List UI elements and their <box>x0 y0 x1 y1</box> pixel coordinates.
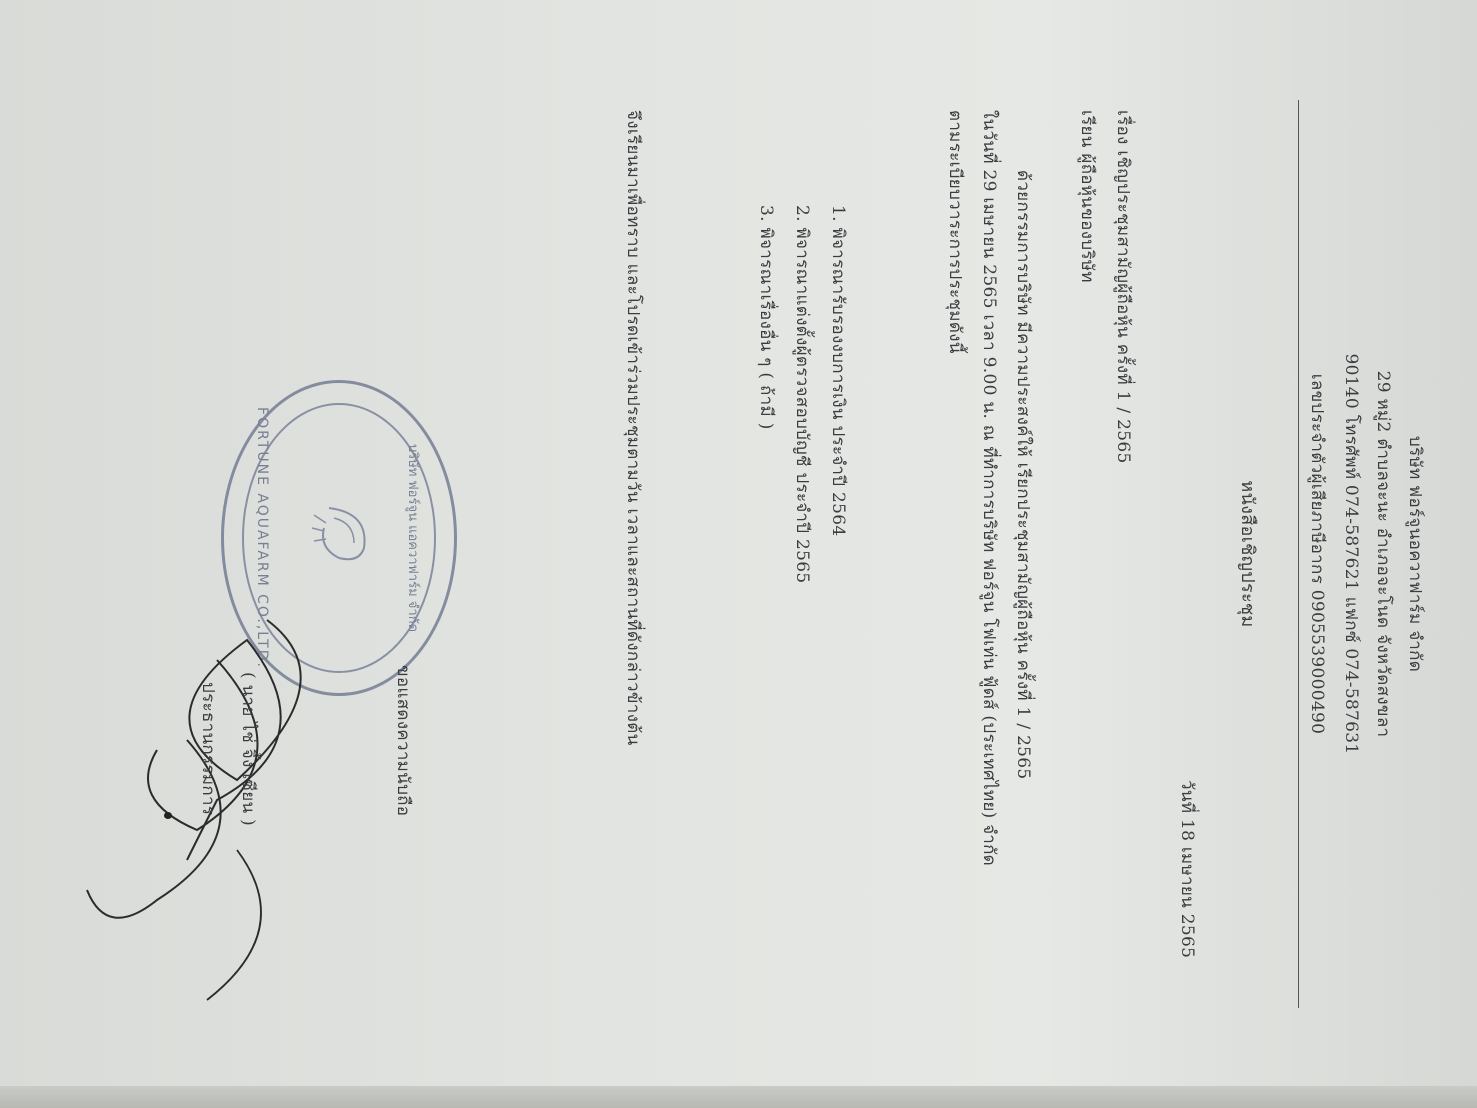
company-contact: 90140 โทรศัพท์ 074-587621 แฟกซ์ 074-5876… <box>1338 0 1365 1108</box>
company-address: 29 หมู่2 ตำบลจะนะ อำเภอจะโนด จังหวัดสงขล… <box>1370 0 1397 1108</box>
page-title: หนังสือเชิญประชุม <box>1234 0 1263 1108</box>
body-line-2: ในวันที่ 29 เมษายน 2565 เวลา 9.00 น. ณ ท… <box>976 110 1003 866</box>
paper-edge <box>0 1086 1477 1108</box>
signoff: ขอแสดงความนับถือ <box>390 665 417 816</box>
letter-page: บริษัท ฟอร์จูนอควาฟาร์ม จำกัด 29 หมู่2 ต… <box>0 0 1477 1108</box>
body-line-3: ตามระเบียบวาระการประชุมดังนี้ <box>942 110 969 354</box>
body-line-1: ด้วยกรรมการบริษัท มีความประสงค์ให้ เรียก… <box>1010 170 1037 780</box>
letter-subject: เรื่อง เชิญประชุมสามัญผู้ถือหุ้น ครั้งที… <box>1110 110 1137 464</box>
signer-name: ( นาย ไช่ จิ้ง เซียน ) <box>235 672 262 826</box>
letter-date: วันที่ 18 เมษายน 2565 <box>1174 780 1201 958</box>
tax-id: เลขประจำตัวผู้เสียภาษีอากร 0905539000490 <box>1304 0 1331 1108</box>
shrimp-emblem-icon <box>304 493 384 573</box>
agenda-item-2: 2. พิจารณาแต่งตั้งผู้ตรวจสอบบัญชี ประจำป… <box>789 205 816 583</box>
seal-thai-text: บริษัท ฟอร์จูน แอควาฟาร์ม จำกัด <box>403 383 424 693</box>
signature <box>57 600 387 1020</box>
company-name: บริษัท ฟอร์จูนอควาฟาร์ม จำกัด <box>1402 0 1429 1108</box>
agenda-item-1: 1. พิจารณารับรองงบการเงิน ประจำปี 2564 <box>825 205 852 536</box>
letter-recipient: เรียน ผู้ถือหุ้นของบริษัท <box>1074 110 1101 283</box>
closing-paragraph: จึงเรียนมาเพื่อทราบ และโปรดเข้าร่วมประชุ… <box>620 110 647 746</box>
signer-title: ประธานกรรมการ <box>195 682 222 815</box>
ink-dot <box>164 812 172 819</box>
header-divider <box>1298 100 1299 1008</box>
agenda-item-3: 3. พิจารณาเรื่องอื่น ๆ ( ถ้ามี ) <box>753 205 780 430</box>
